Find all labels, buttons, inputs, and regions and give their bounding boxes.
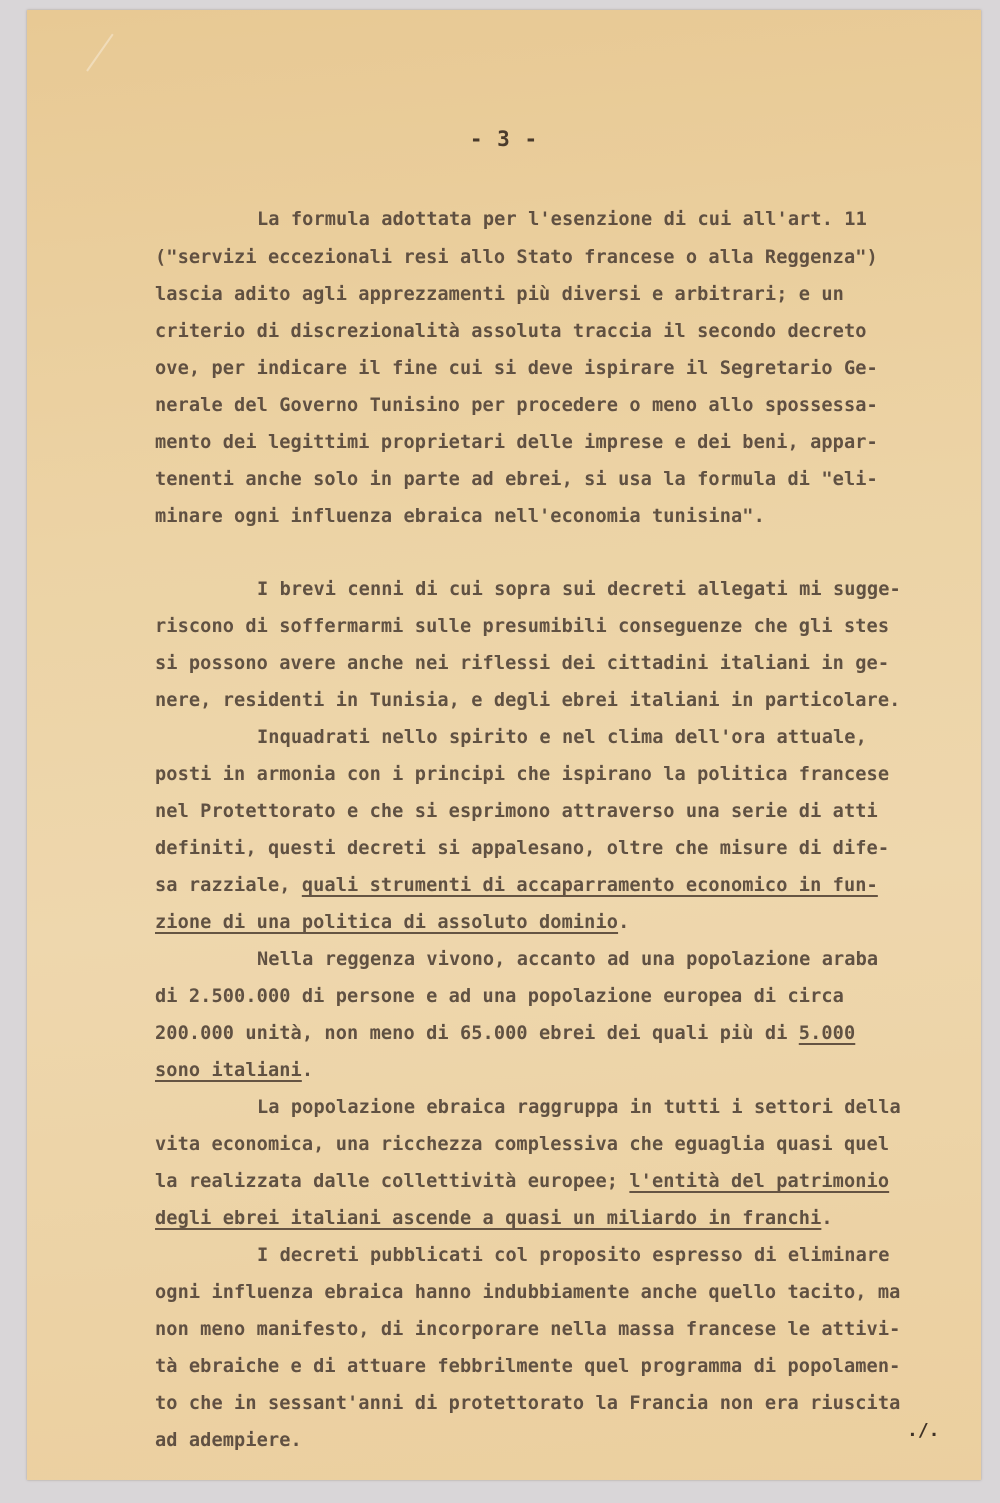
text-span: . [618, 912, 629, 933]
text-line: mento dei legittimi proprietari delle im… [155, 431, 878, 455]
text-line: criterio di discrezionalità assoluta tra… [155, 320, 867, 344]
text-line: La popolazione ebraica raggruppa in tutt… [257, 1096, 901, 1120]
text-line: Inquadrati nello spirito e nel clima del… [257, 726, 867, 750]
text-line: tenenti anche solo in parte ad ebrei, si… [155, 468, 878, 492]
text-line: I brevi cenni di cui sopra sui decreti a… [257, 578, 901, 602]
text-span: sa razziale, [155, 875, 302, 896]
text-span: . [821, 1208, 832, 1229]
text-line: I decreti pubblicati col proposito espre… [257, 1244, 890, 1268]
text-line: Nella reggenza vivono, accanto ad una po… [257, 948, 878, 972]
text-line: to che in sessant'anni di protettorato l… [155, 1392, 900, 1416]
text-line: degli ebrei italiani ascende a quasi un … [155, 1207, 833, 1231]
text-line: vita economica, una ricchezza complessiv… [155, 1133, 889, 1157]
text-line: minare ogni influenza ebraica nell'econo… [155, 505, 765, 529]
text-line: ogni influenza ebraica hanno indubbiamen… [155, 1281, 900, 1305]
underlined-text: zione di una politica di assoluto domini… [155, 912, 618, 933]
text-line: sono italiani. [155, 1059, 313, 1083]
text-line: zione di una politica di assoluto domini… [155, 911, 629, 935]
underlined-text: l'entità del patrimonio [629, 1171, 889, 1192]
text-line: si possono avere anche nei riflessi dei … [155, 652, 889, 676]
page-number: - 3 - [27, 127, 981, 151]
text-line: ove, per indicare il fine cui si deve is… [155, 357, 878, 381]
text-span: la realizzata dalle collettività europee… [155, 1171, 629, 1192]
text-line: ("servizi eccezionali resi allo Stato fr… [155, 246, 878, 270]
underlined-text: degli ebrei italiani ascende a quasi un … [155, 1208, 821, 1229]
text-line: posti in armonia con i principi che ispi… [155, 763, 889, 787]
text-line: nere, residenti in Tunisia, e degli ebre… [155, 689, 900, 713]
text-span: . [302, 1060, 313, 1081]
text-line: 200.000 unità, non meno di 65.000 ebrei … [155, 1022, 855, 1046]
typewritten-page: - 3 - La formula adottata per l'esenzion… [27, 10, 981, 1480]
text-line: nerale del Governo Tunisino per proceder… [155, 394, 878, 418]
text-line: ad adempiere. [155, 1429, 302, 1453]
text-line: la realizzata dalle collettività europee… [155, 1170, 889, 1194]
underlined-text: sono italiani [155, 1060, 302, 1081]
text-line: riscono di soffermarmi sulle presumibili… [155, 615, 889, 639]
text-line: lascia adito agli apprezzamenti più dive… [155, 283, 844, 307]
text-line: definiti, questi decreti si appalesano, … [155, 837, 889, 861]
text-span: 200.000 unità, non meno di 65.000 ebrei … [155, 1023, 799, 1044]
text-line: di 2.500.000 di persone e ad una popolaz… [155, 985, 844, 1009]
underlined-text: 5.000 [799, 1023, 855, 1044]
text-line: sa razziale, quali strumenti di accaparr… [155, 874, 878, 898]
text-line: tà ebraiche e di attuare febbrilmente qu… [155, 1355, 900, 1379]
text-line: La formula adottata per l'esenzione di c… [257, 208, 867, 232]
underlined-text: quali strumenti di accaparramento econom… [302, 875, 878, 896]
text-line: non meno manifesto, di incorporare nella… [155, 1318, 900, 1342]
continuation-mark: ./. [907, 1420, 940, 1441]
text-line: nel Protettorato e che si esprimono attr… [155, 800, 878, 824]
